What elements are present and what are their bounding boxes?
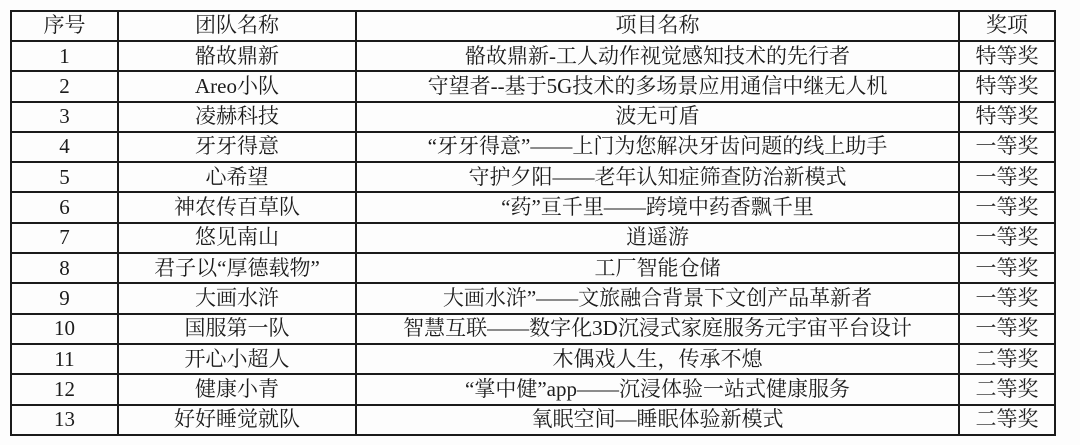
cell-project: 大画水浒”——文旅融合背景下文创产品革新者 [356, 283, 959, 313]
cell-no: 6 [11, 192, 118, 222]
col-header-no: 序号 [11, 11, 118, 41]
cell-no: 11 [11, 344, 118, 374]
cell-no: 12 [11, 374, 118, 404]
cell-team: 心希望 [118, 162, 356, 192]
cell-award: 一等奖 [959, 253, 1055, 283]
cell-team: 神农传百草队 [118, 192, 356, 222]
cell-no: 1 [11, 41, 118, 71]
awards-table: 序号 团队名称 项目名称 奖项 1 骼故鼎新 骼故鼎新-工人动作视觉感知技术的先… [10, 10, 1056, 436]
table-row: 3 凌赫科技 波无可盾 特等奖 [11, 102, 1055, 132]
cell-team: 健康小青 [118, 374, 356, 404]
table-row: 9 大画水浒 大画水浒”——文旅融合背景下文创产品革新者 一等奖 [11, 283, 1055, 313]
header-row: 序号 团队名称 项目名称 奖项 [11, 11, 1055, 41]
table-row: 11 开心小超人 木偶戏人生，传承不熄 二等奖 [11, 344, 1055, 374]
cell-project: 骼故鼎新-工人动作视觉感知技术的先行者 [356, 41, 959, 71]
cell-no: 8 [11, 253, 118, 283]
cell-project: 工厂智能仓储 [356, 253, 959, 283]
table-row: 13 好好睡觉就队 氧眠空间—睡眠体验新模式 二等奖 [11, 405, 1055, 435]
cell-award: 一等奖 [959, 283, 1055, 313]
cell-award: 一等奖 [959, 223, 1055, 253]
table-row: 1 骼故鼎新 骼故鼎新-工人动作视觉感知技术的先行者 特等奖 [11, 41, 1055, 71]
cell-team: 骼故鼎新 [118, 41, 356, 71]
cell-award: 特等奖 [959, 102, 1055, 132]
cell-team: 好好睡觉就队 [118, 405, 356, 435]
cell-team: Areo小队 [118, 71, 356, 101]
col-header-award: 奖项 [959, 11, 1055, 41]
cell-award: 一等奖 [959, 192, 1055, 222]
cell-no: 13 [11, 405, 118, 435]
cell-no: 7 [11, 223, 118, 253]
table-row: 6 神农传百草队 “药”亘千里——跨境中药香飘千里 一等奖 [11, 192, 1055, 222]
cell-award: 二等奖 [959, 344, 1055, 374]
cell-project: 智慧互联——数字化3D沉浸式家庭服务元宇宙平台设计 [356, 314, 959, 344]
cell-project: “牙牙得意”——上门为您解决牙齿问题的线上助手 [356, 132, 959, 162]
table-row: 10 国服第一队 智慧互联——数字化3D沉浸式家庭服务元宇宙平台设计 一等奖 [11, 314, 1055, 344]
cell-award: 二等奖 [959, 374, 1055, 404]
cell-team: 国服第一队 [118, 314, 356, 344]
cell-team: 牙牙得意 [118, 132, 356, 162]
cell-award: 特等奖 [959, 41, 1055, 71]
document-page: 序号 团队名称 项目名称 奖项 1 骼故鼎新 骼故鼎新-工人动作视觉感知技术的先… [0, 0, 1080, 445]
cell-no: 9 [11, 283, 118, 313]
cell-no: 3 [11, 102, 118, 132]
col-header-project: 项目名称 [356, 11, 959, 41]
cell-team: 君子以“厚德载物” [118, 253, 356, 283]
cell-no: 4 [11, 132, 118, 162]
col-header-team: 团队名称 [118, 11, 356, 41]
cell-no: 5 [11, 162, 118, 192]
cell-project: 波无可盾 [356, 102, 959, 132]
cell-project: “药”亘千里——跨境中药香飘千里 [356, 192, 959, 222]
cell-team: 凌赫科技 [118, 102, 356, 132]
cell-project: 氧眠空间—睡眠体验新模式 [356, 405, 959, 435]
table-row: 7 悠见南山 逍遥游 一等奖 [11, 223, 1055, 253]
cell-award: 特等奖 [959, 71, 1055, 101]
cell-no: 10 [11, 314, 118, 344]
cell-team: 大画水浒 [118, 283, 356, 313]
cell-project: 守望者--基于5G技术的多场景应用通信中继无人机 [356, 71, 959, 101]
cell-project: 逍遥游 [356, 223, 959, 253]
cell-project: 木偶戏人生，传承不熄 [356, 344, 959, 374]
cell-award: 一等奖 [959, 314, 1055, 344]
cell-team: 悠见南山 [118, 223, 356, 253]
cell-project: “掌中健”app——沉浸体验一站式健康服务 [356, 374, 959, 404]
table-row: 12 健康小青 “掌中健”app——沉浸体验一站式健康服务 二等奖 [11, 374, 1055, 404]
cell-team: 开心小超人 [118, 344, 356, 374]
table-row: 2 Areo小队 守望者--基于5G技术的多场景应用通信中继无人机 特等奖 [11, 71, 1055, 101]
cell-no: 2 [11, 71, 118, 101]
table-row: 8 君子以“厚德载物” 工厂智能仓储 一等奖 [11, 253, 1055, 283]
table-row: 5 心希望 守护夕阳——老年认知症筛查防治新模式 一等奖 [11, 162, 1055, 192]
cell-award: 一等奖 [959, 132, 1055, 162]
cell-project: 守护夕阳——老年认知症筛查防治新模式 [356, 162, 959, 192]
table-row: 4 牙牙得意 “牙牙得意”——上门为您解决牙齿问题的线上助手 一等奖 [11, 132, 1055, 162]
cell-award: 二等奖 [959, 405, 1055, 435]
cell-award: 一等奖 [959, 162, 1055, 192]
